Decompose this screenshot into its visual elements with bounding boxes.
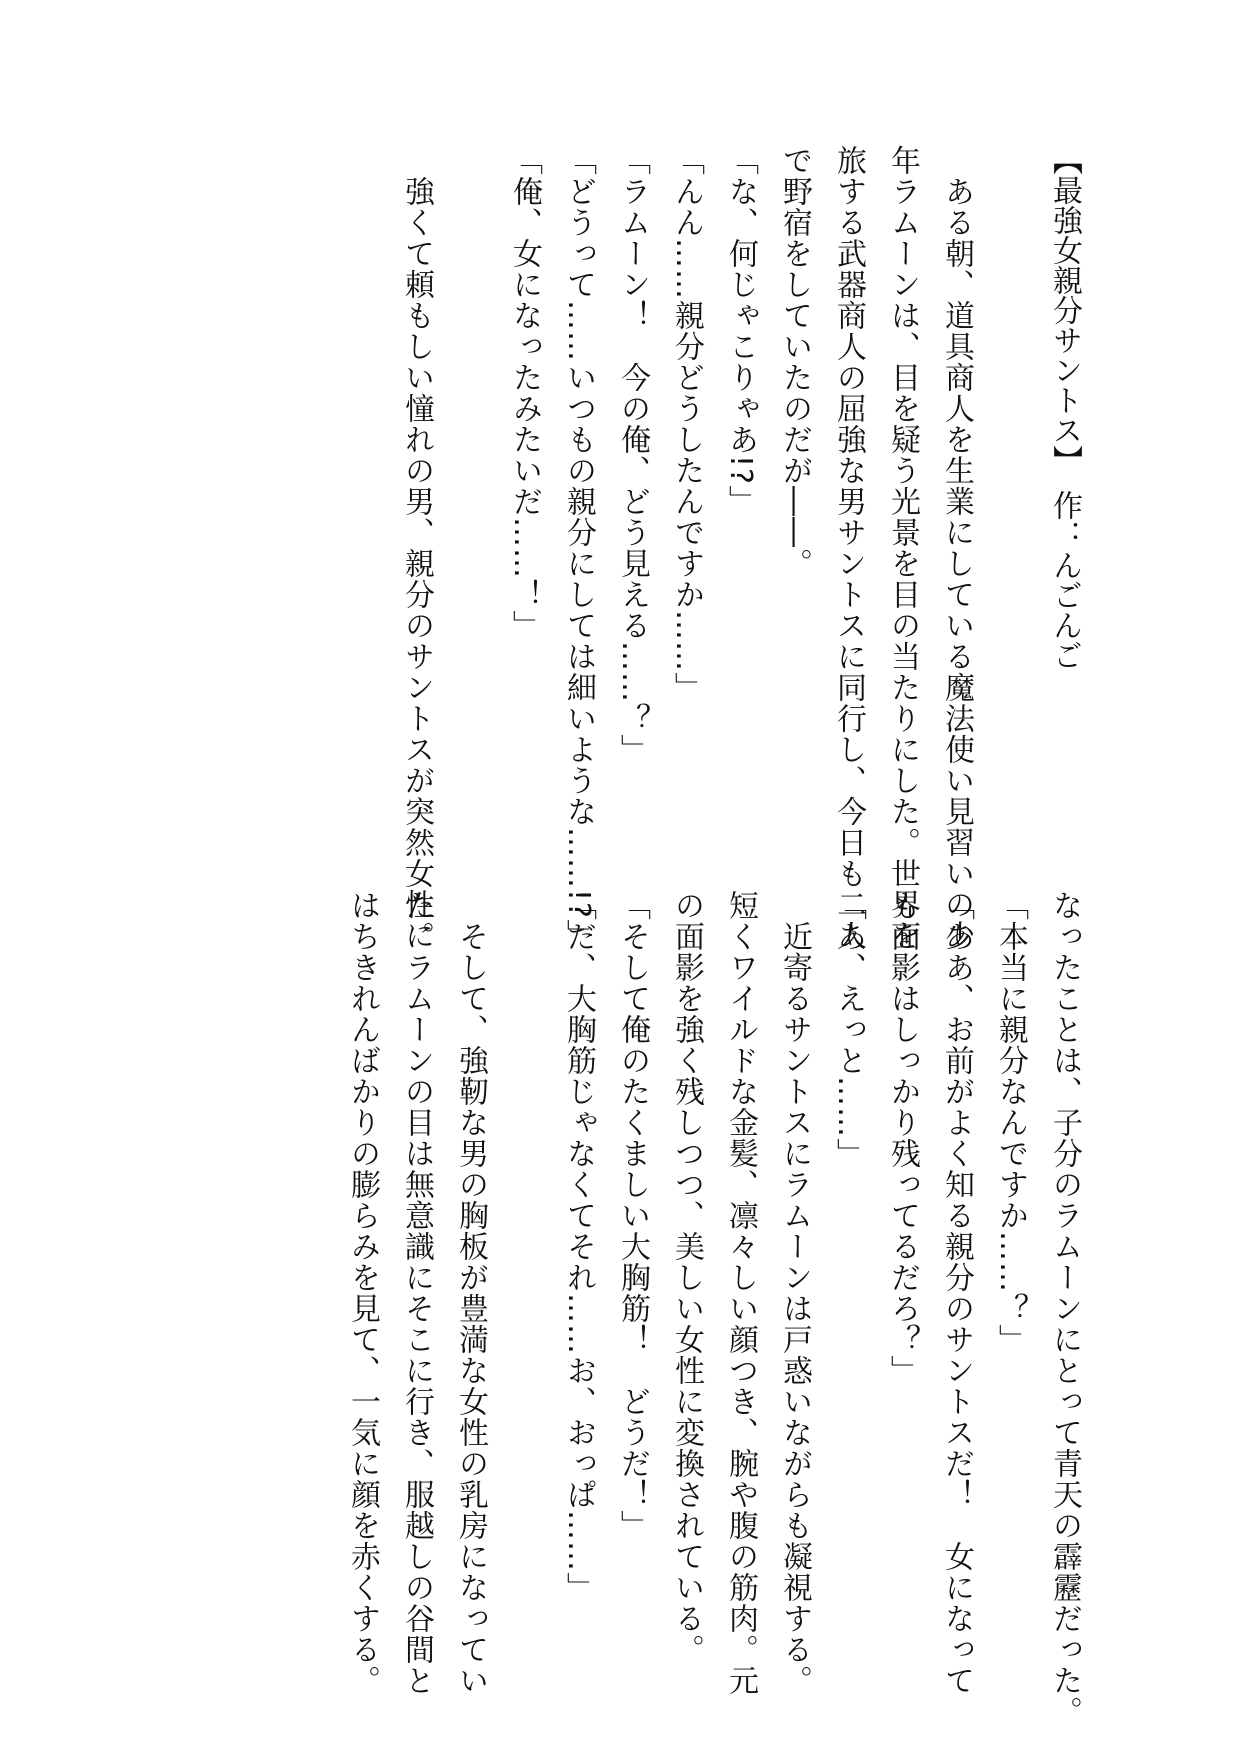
- dialogue-line: 「俺、女になったみたいだ……！」: [497, 145, 551, 825]
- blank-line: [443, 145, 497, 825]
- dialogue-line: 「どうって……いつもの親分にしては細いような……!?」: [551, 145, 605, 825]
- dialogue-line: 「本当に親分なんですか……？」: [983, 890, 1037, 1570]
- blank-line: [497, 890, 551, 1570]
- paragraph-line: なったことは、子分のラムーンにとって青天の霹靂だった。: [1037, 890, 1091, 1570]
- paragraph-line: 旅する武器商人の屈強な男サントスに同行し、今日も二人: [821, 145, 875, 825]
- dialogue-line: 「だ、大胸筋じゃなくてそれ……お、おっぱ……」: [551, 890, 605, 1570]
- text-block-bottom: なったことは、子分のラムーンにとって青天の霹靂だった。 「本当に親分なんですか……: [156, 890, 1091, 1570]
- blank-line: [983, 145, 1037, 825]
- paragraph-line: 強くて頼もしい憧れの男、親分のサントスが突然女性に: [389, 145, 443, 825]
- paragraph-line: 短くワイルドな金髪、凛々しい顔つき、腕や腹の筋肉。元: [713, 890, 767, 1570]
- dialogue-line: 「ああ、お前がよく知る親分のサントスだ！ 女になって: [929, 890, 983, 1570]
- dialogue-line: 「そして俺のたくましい大胸筋！ どうだ！」: [605, 890, 659, 1570]
- paragraph-line: 年ラムーンは、目を疑う光景を目の当たりにした。世界を: [875, 145, 929, 825]
- paragraph-line: はちきれんばかりの膨らみを見て、一気に顔を赤くする。: [335, 890, 389, 1570]
- paragraph-line: ある朝、道具商人を生業にしている魔法使い見習いの少: [929, 145, 983, 825]
- paragraph-line: そして、強靭な男の胸板が豊満な女性の乳房になってい: [443, 890, 497, 1570]
- paragraph-line: の面影を強く残しつつ、美しい女性に変換されている。: [659, 890, 713, 1570]
- text-block-top: 【最強女親分サントス】 作：んごんご ある朝、道具商人を生業にしている魔法使い見…: [156, 145, 1091, 825]
- dialogue-line: 「ラムーン！ 今の俺、どう見える……？」: [605, 145, 659, 825]
- dialogue-line: 「な、何じゃこりゃあ!?」: [713, 145, 767, 825]
- dialogue-line: 「あ、えっと……」: [821, 890, 875, 1570]
- paragraph-line: た。ラムーンの目は無意識にそこに行き、服越しの谷間と: [389, 890, 443, 1570]
- paragraph-line: も面影はしっかり残ってるだろ？」: [875, 890, 929, 1570]
- title-line: 【最強女親分サントス】 作：んごんご: [1037, 145, 1091, 825]
- manuscript-page: 【最強女親分サントス】 作：んごんご ある朝、道具商人を生業にしている魔法使い見…: [0, 0, 1241, 1755]
- dialogue-line: 「んん……親分どうしたんですか……」: [659, 145, 713, 825]
- paragraph-line: で野宿をしていたのだが――。: [767, 145, 821, 825]
- paragraph-line: 近寄るサントスにラムーンは戸惑いながらも凝視する。: [767, 890, 821, 1570]
